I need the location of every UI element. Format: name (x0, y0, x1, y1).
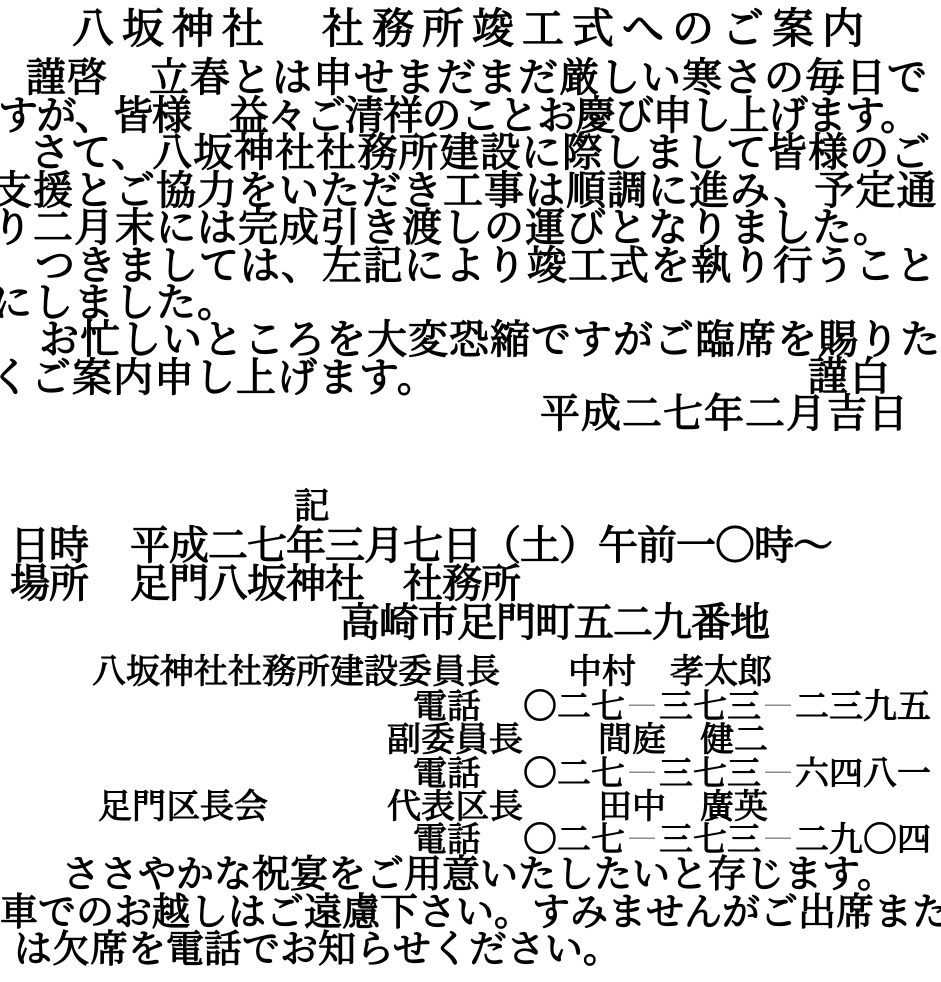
committee-title: 八坂神社社務所建設委員長 (92, 655, 500, 689)
phone-label: 電話 (413, 757, 481, 791)
place-value: 足門八坂神社 社務所 (130, 564, 520, 604)
district-org: 足門区長会 (98, 790, 268, 824)
place-label: 場所 (10, 564, 88, 604)
phone-part: 六四八一 (795, 754, 931, 794)
phone-number-2: 〇二七－三七三－六四八一 (523, 757, 931, 791)
postscript-line-3: は欠席を電話でお知らせください。 (14, 930, 621, 968)
phone-number-1: 〇二七－三七三－二三九五 (523, 690, 931, 724)
postscript-line-1: ささやかな祝宴をご用意いたしたいと存じます。 (62, 855, 895, 893)
phone-label: 電話 (413, 690, 481, 724)
rep-name: 田中 廣英 (598, 790, 768, 824)
phone-part: 二三九五 (795, 687, 931, 727)
document-title: 八坂神社 社務所竣工式へのご案内 (72, 8, 872, 50)
rep-role: 代表区長 (387, 790, 523, 824)
notice-header: 記 (294, 488, 330, 524)
body-line-7: くご案内申し上げます。 (0, 358, 438, 398)
document-page: 八坂神社 社務所竣工式へのご案内 謹啓 立春とは申せまだまだ厳しい寒さの毎日で … (0, 0, 941, 982)
address-line: 高崎市足門町五二九番地 (340, 603, 769, 643)
chairman-name: 中村 孝太郎 (568, 655, 772, 689)
letter-date-line: 平成二七年二月吉日 (540, 394, 909, 434)
vice-chair-role: 副委員長 (387, 723, 523, 757)
vice-chair-name: 間庭 健二 (598, 723, 768, 757)
